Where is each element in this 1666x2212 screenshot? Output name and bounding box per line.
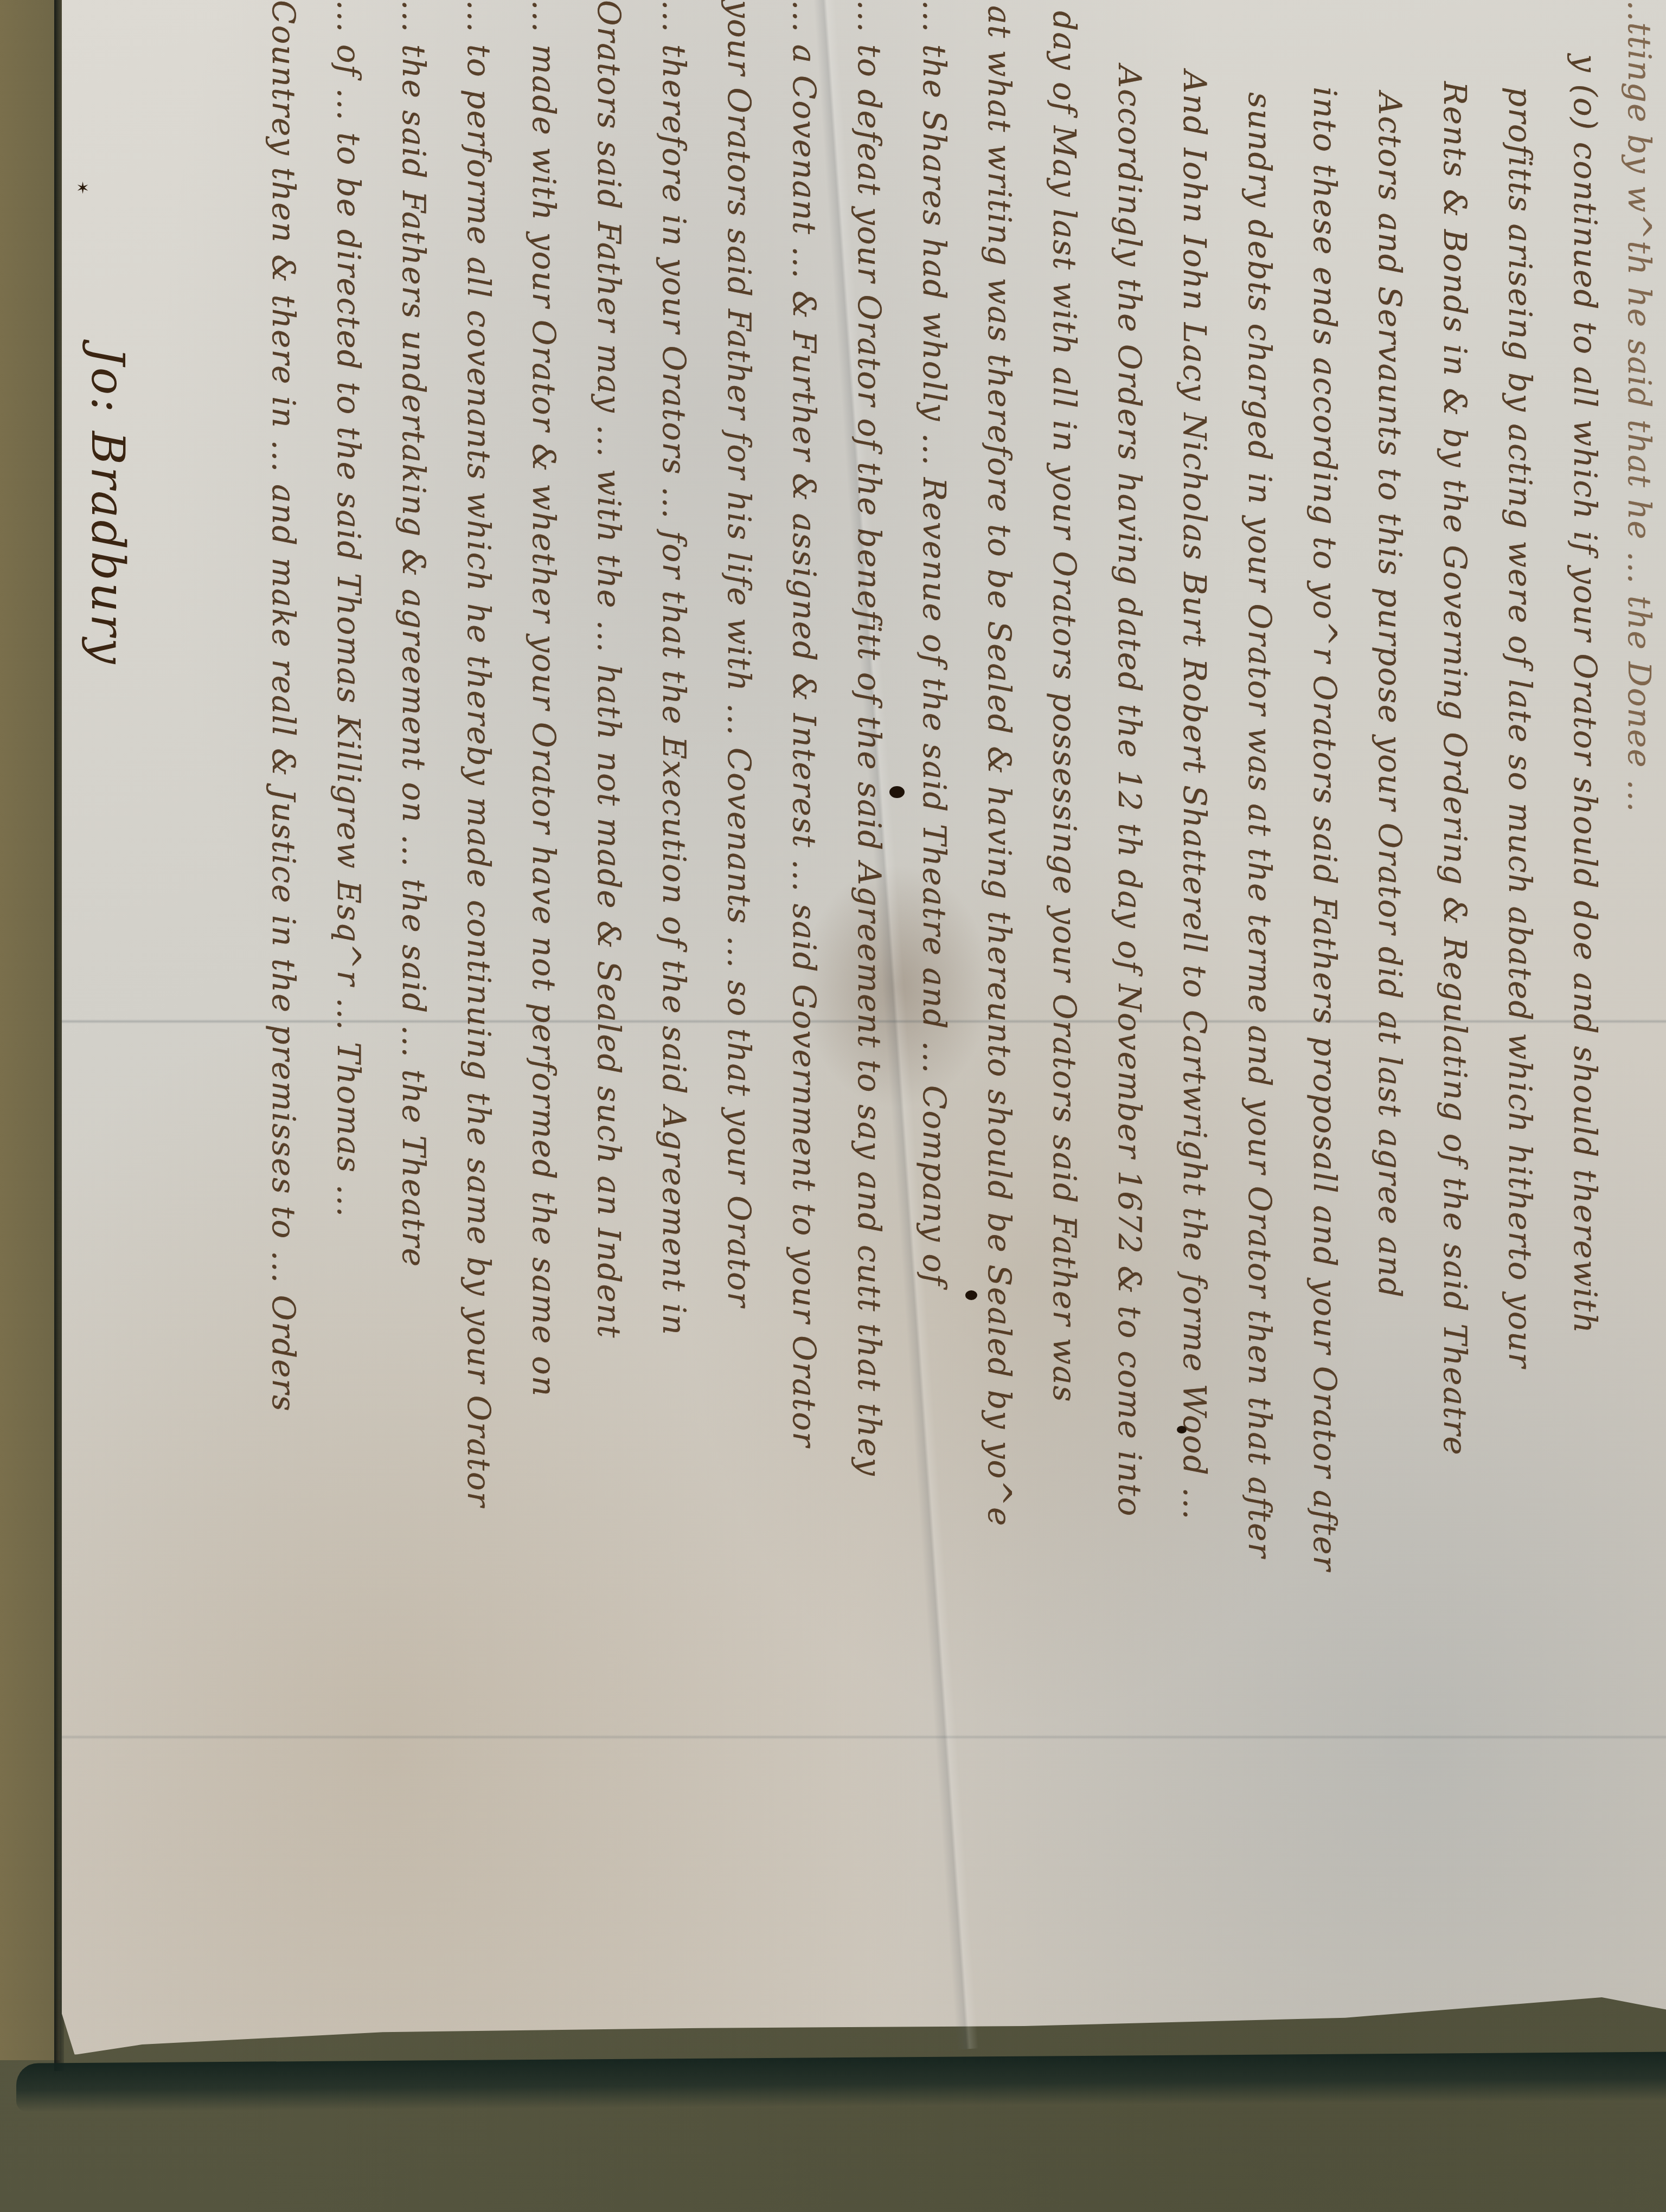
manuscript-line: ... made with your Orator & whether your… bbox=[528, 0, 560, 1397]
manuscript-line: your Orators said Father for his life wi… bbox=[723, 0, 755, 1308]
manuscript-line: Orators said Father may ... with the ...… bbox=[593, 0, 625, 1339]
manuscript-text-block: ...ttinge by w^th he said that he ... th… bbox=[62, 0, 1666, 2055]
manuscript-line: Actors and Servaunts to this purpose you… bbox=[1374, 92, 1406, 1298]
manuscript-line: ... of ... to be directed to the said Th… bbox=[333, 0, 364, 1218]
signature: Jo: Bradbury bbox=[81, 347, 134, 666]
manuscript-line: at what writing was therefore to be Seal… bbox=[984, 5, 1015, 1527]
manuscript-line: day of May last with all in your Orators… bbox=[1049, 11, 1080, 1403]
manuscript-line: Countrey then & there in ... and make re… bbox=[268, 0, 299, 1412]
manuscript-line: sundry debts charged in your Orator was … bbox=[1244, 92, 1276, 1559]
ink-blot bbox=[1177, 1426, 1187, 1433]
manuscript-line: y (o) continued to all which if your Ora… bbox=[1569, 54, 1601, 1334]
manuscript-line: ... the Shares had wholly ... Revenue of… bbox=[919, 0, 950, 1287]
manuscript-line: And Iohn Iohn Lacy Nicholas Burt Robert … bbox=[1179, 70, 1210, 1521]
manuscript-line: profitts ariseing by acting were of late… bbox=[1504, 87, 1536, 1369]
ink-blot bbox=[889, 786, 905, 798]
parchment-shadow-bottom bbox=[16, 2052, 1666, 2112]
manuscript-line: Accordingly the Orders having dated the … bbox=[1114, 65, 1145, 1517]
ink-blot bbox=[965, 1290, 977, 1300]
manuscript-line: ... therefore in your Orators ... for th… bbox=[658, 0, 690, 1336]
manuscript-line: ... to defeat your Orator of the benefit… bbox=[854, 0, 885, 1477]
manuscript-line: into these ends according to yo^r Orator… bbox=[1309, 87, 1341, 1572]
manuscript-line: ... a Covenant ... & Further & assigned … bbox=[789, 0, 820, 1448]
backdrop-left bbox=[0, 0, 60, 2060]
manuscript-line: ... the said Fathers undertaking & agree… bbox=[398, 0, 430, 1268]
ink-mark-icon: ✶ bbox=[76, 179, 89, 198]
manuscript-line: ... to performe all covenants which he t… bbox=[463, 0, 495, 1508]
manuscript-line: ...ttinge by w^th he said that he ... th… bbox=[1624, 0, 1655, 813]
manuscript-line: Rents & Bonds in & by the Governing Orde… bbox=[1439, 81, 1471, 1456]
